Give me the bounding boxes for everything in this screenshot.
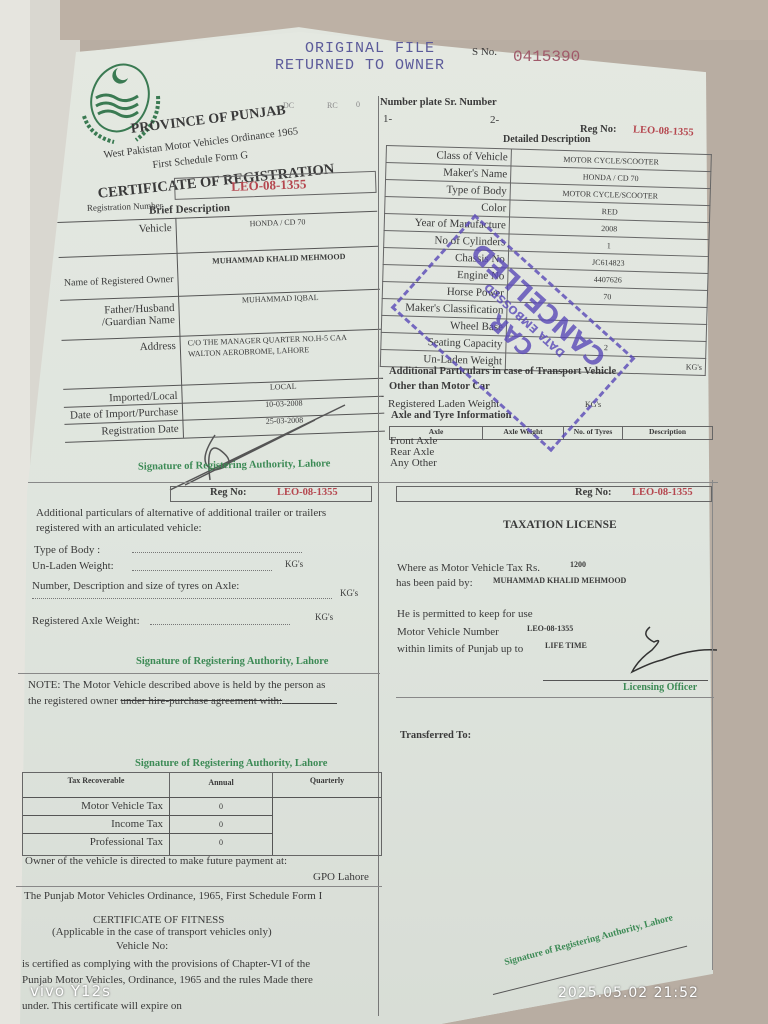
officer-signature-icon bbox=[628, 622, 718, 682]
axle-info-label: Axle and Tyre Information bbox=[391, 410, 511, 421]
paid-by-text: has been paid by: bbox=[396, 577, 473, 589]
payment-text: Owner of the vehicle is directed to make… bbox=[25, 855, 287, 867]
income-tax-label: Income Tax bbox=[23, 818, 163, 830]
vehicle-number: LEO-08-1355 bbox=[527, 624, 573, 633]
father-value: MUHAMMAD IQBAL bbox=[185, 291, 375, 307]
left-mid-reg-label: Reg No: bbox=[210, 487, 246, 498]
motor-vehicle-tax-annual: 0 bbox=[170, 802, 272, 811]
officer-signature-line bbox=[543, 680, 708, 681]
registration-date-label: Registration Date bbox=[65, 423, 179, 439]
plate-1: 1- bbox=[383, 113, 392, 125]
signature-scribble-icon bbox=[165, 395, 355, 500]
axle-weight-field bbox=[150, 624, 290, 625]
note-plain: the registered owner bbox=[28, 695, 121, 707]
fitness-body-1: is certified as complying with the provi… bbox=[22, 958, 310, 970]
licensing-officer-label: Licensing Officer bbox=[623, 682, 697, 693]
brief-description-label: Brief Description bbox=[149, 202, 230, 217]
original-file-stamp: ORIGINAL FILE RETURNED TO OWNER bbox=[305, 40, 445, 74]
stamp-line-1: ORIGINAL FILE bbox=[305, 40, 445, 57]
stamp-line-2: RETURNED TO OWNER bbox=[275, 57, 445, 74]
quarterly-header: Quarterly bbox=[273, 773, 381, 785]
tyres-field bbox=[32, 598, 332, 599]
motor-vehicle-tax-label: Motor Vehicle Tax bbox=[23, 800, 163, 812]
note-struck: under hire-purchase agreement with: bbox=[121, 695, 283, 707]
tax-text: Where as Motor Vehicle Tax Rs. bbox=[397, 562, 540, 574]
owner-label: Name of Registered Owner bbox=[59, 274, 173, 289]
divider bbox=[23, 815, 273, 816]
owner-value: MUHAMMAD KHALID MEHMOOD bbox=[184, 251, 374, 267]
divider bbox=[18, 673, 380, 674]
left-mid-reg-box bbox=[170, 486, 372, 502]
note-line-2: the registered owner under hire-purchase… bbox=[28, 695, 337, 707]
fitness-ordinance: The Punjab Motor Vehicles Ordinance, 196… bbox=[24, 890, 322, 902]
background-top bbox=[60, 0, 768, 40]
type-of-body-field bbox=[132, 552, 302, 553]
unladen-weight-field bbox=[132, 570, 272, 571]
left-mid-signature-label: Signature of Registering Authority, Laho… bbox=[136, 656, 328, 667]
trailer-intro: Additional particulars of alternative of… bbox=[36, 506, 371, 536]
professional-tax-annual: 0 bbox=[170, 838, 272, 847]
note-line-1: NOTE: The Motor Vehicle described above … bbox=[28, 679, 325, 691]
serial-label: S No. bbox=[472, 46, 497, 58]
number-plate-label: Number plate Sr. Number bbox=[380, 97, 497, 108]
camera-timestamp-watermark: 2025.05.02 21:52 bbox=[558, 985, 699, 1001]
divider bbox=[16, 886, 382, 887]
divider bbox=[23, 797, 381, 798]
vehicle-number-text: Motor Vehicle Number bbox=[397, 626, 499, 638]
fitness-vehicle-no: Vehicle No: bbox=[116, 940, 168, 952]
taxation-reg-label: Reg No: bbox=[575, 487, 611, 498]
imported-value: LOCAL bbox=[188, 379, 378, 395]
father-label: Father/Husband /Guardian Name bbox=[90, 302, 175, 329]
taxation-title: TAXATION LICENSE bbox=[503, 519, 617, 531]
camera-device-watermark: vivo Y12s bbox=[30, 982, 111, 1000]
fitness-body-3: under. This certificate will expire on bbox=[22, 1000, 182, 1012]
laden-weight-label: Registered Laden Weight bbox=[388, 398, 499, 410]
tyres-header: No. of Tyres bbox=[564, 427, 623, 439]
fitness-subtitle: (Applicable in the case of transport veh… bbox=[52, 926, 272, 938]
divider bbox=[272, 797, 273, 855]
tax-recoverable-table: Tax Recoverable Annual Quarterly Motor V… bbox=[22, 772, 382, 856]
vehicle-label: Vehicle bbox=[58, 222, 172, 238]
axle-weight-unit: KG's bbox=[315, 612, 333, 622]
taxation-reg-no: LEO-08-1355 bbox=[632, 487, 693, 498]
unladen-weight-label: Un-Laden Weight: bbox=[32, 560, 114, 572]
fitness-title: CERTIFICATE OF FITNESS bbox=[93, 914, 224, 926]
type-of-body-label: Type of Body : bbox=[34, 544, 100, 556]
description-header: Description bbox=[623, 427, 712, 439]
tax-amount: 1200 bbox=[570, 560, 586, 569]
tax-recoverable-header: Tax Recoverable bbox=[23, 773, 170, 800]
professional-tax-label: Professional Tax bbox=[23, 836, 163, 848]
axle-rows: Front Axle Rear Axle Any Other bbox=[390, 436, 437, 469]
divider bbox=[23, 833, 273, 834]
limits-text: within limits of Punjab up to bbox=[397, 643, 523, 655]
transferred-to-label: Transferred To: bbox=[400, 730, 471, 741]
address-label: Address bbox=[62, 340, 176, 356]
paid-by-name: MUHAMMAD KHALID MEHMOOD bbox=[493, 576, 626, 585]
detailed-description-label: Detailed Description bbox=[503, 134, 591, 145]
rc-label: RC bbox=[327, 101, 338, 110]
other-axle: Any Other bbox=[390, 458, 437, 469]
serial-number: 0415390 bbox=[513, 48, 580, 66]
divider bbox=[396, 697, 714, 698]
left-mid-reg-no: LEO-08-1355 bbox=[277, 487, 338, 498]
payment-place: GPO Lahore bbox=[313, 871, 369, 883]
mid-divider bbox=[28, 482, 718, 483]
plate-2: 2- bbox=[490, 114, 499, 126]
income-tax-annual: 0 bbox=[170, 820, 272, 829]
unladen-weight-unit: KG's bbox=[285, 559, 303, 569]
permitted-text: He is permitted to keep for use bbox=[397, 608, 533, 620]
left-bottom-signature-label: Signature of Registering Authority, Laho… bbox=[135, 758, 327, 769]
center-divider bbox=[378, 96, 379, 1016]
tyres-label: Number, Description and size of tyres on… bbox=[32, 580, 239, 592]
right-border bbox=[712, 480, 713, 970]
registration-number: LEO-08-1355 bbox=[231, 176, 307, 195]
axle-weight-label: Registered Axle Weight: bbox=[32, 615, 140, 627]
tyres-unit: KG's bbox=[340, 588, 358, 598]
validity: LIFE TIME bbox=[545, 641, 587, 650]
rc-value: 0 bbox=[356, 100, 360, 109]
